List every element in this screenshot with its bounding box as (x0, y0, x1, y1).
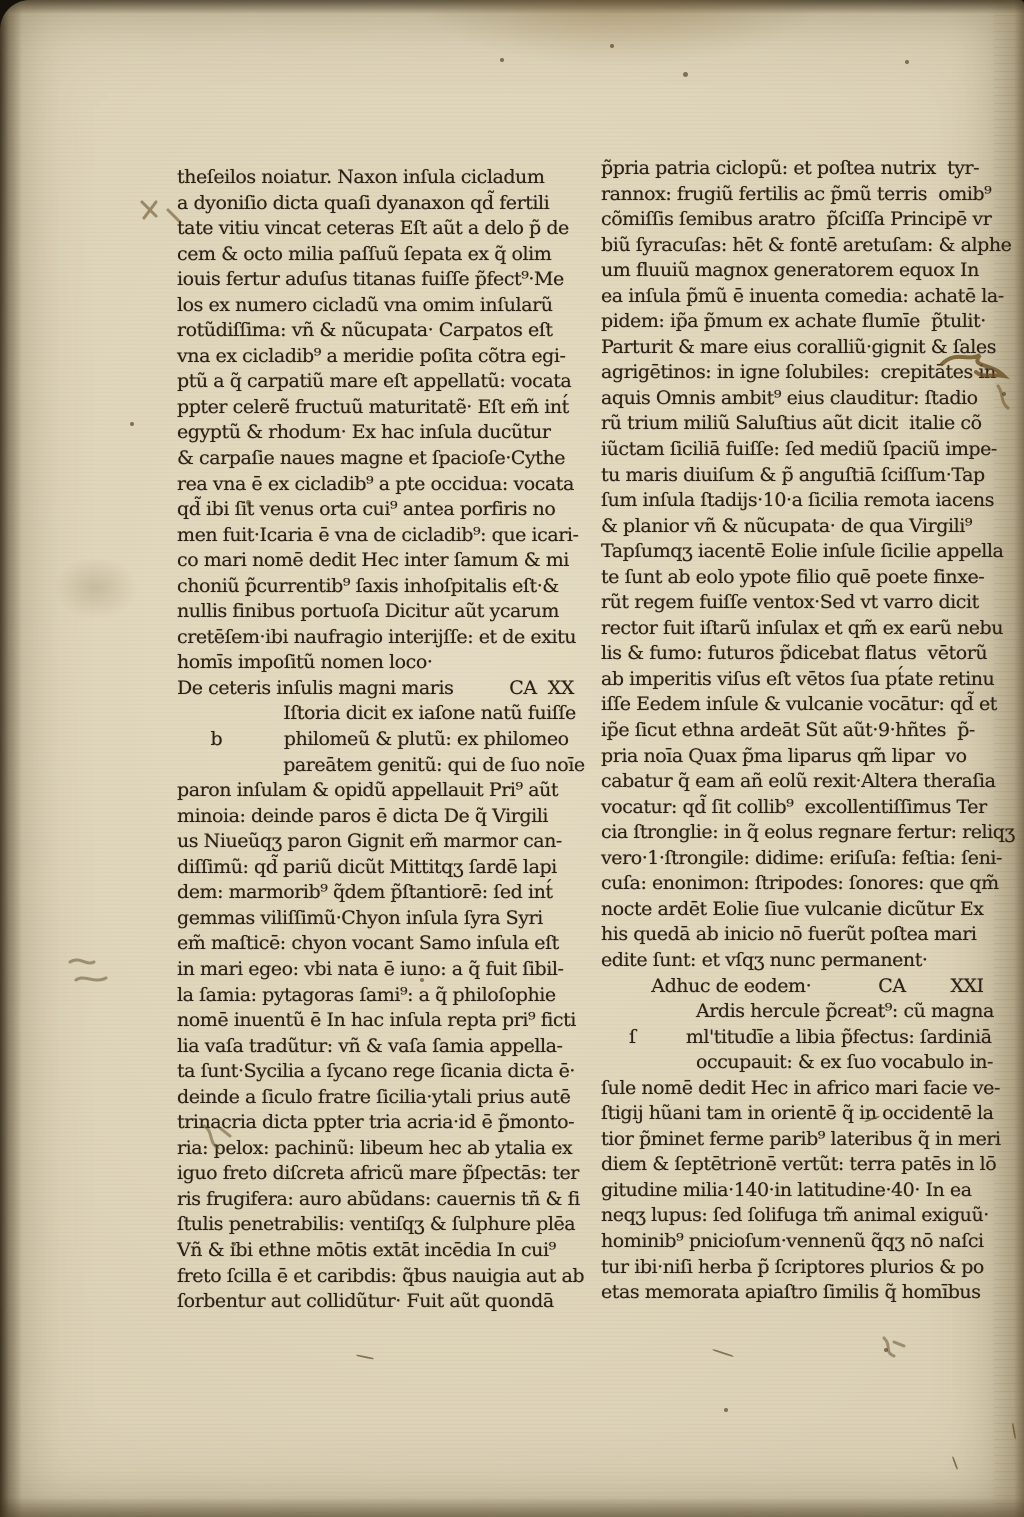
text-line: men fuit·Icaria ē vna de cicladib⁹: que … (177, 523, 597, 549)
text-line: & planior vñ & nũcupata· de qua Virgili⁹ (601, 514, 1005, 540)
margin-mark-icon (138, 196, 184, 230)
ink-speck (420, 978, 424, 982)
text-line: gemmas viliſſimũ·Chyon inſula ſyra Syri (177, 906, 597, 932)
text-line: De ceteris inſulis magni maris CA XX (177, 676, 597, 702)
text-line: b philomeũ & plutũ: ex philomeo (177, 727, 597, 753)
ink-smear (712, 1349, 734, 1358)
text-line: vero·1·ſtrongile: didime: eriſuſa: feſti… (601, 846, 1005, 872)
text-line: iũctam ſiciliā fuiſſe: ſed mediũ ſpaciũ … (601, 437, 1005, 463)
text-line: deinde a ſiculo fratre ſicilia·ytali pri… (177, 1085, 597, 1111)
text-line: ſum inſula ſtadijs·10·a ſicilia remota i… (601, 488, 1005, 514)
ink-speck (610, 44, 614, 48)
text-line: ſule nomē dedit Hec in africo mari facie… (601, 1076, 1005, 1102)
text-line: tate vitiu vincat ceteras Eſt aũt a delo… (177, 216, 597, 242)
text-line: egyptũ & rhodum· Ex hac inſula ducũtur (177, 420, 597, 446)
ink-speck (500, 58, 504, 62)
margin-mark-icon (196, 1118, 236, 1158)
text-line: cem & octo milia paſſuũ ſepata ex q̃ oli… (177, 242, 597, 268)
text-line: tior p̃minet ferme parib⁹ lateribus q̃ i… (601, 1127, 1005, 1153)
text-line: paron inſulam & opidũ appellauit Pri⁹ aũ… (177, 778, 597, 804)
text-line: occupauit: & ex ſuo vocabulo in- (601, 1050, 1005, 1076)
text-line: p̃pria patria ciclopũ: et poſtea nutrix … (601, 156, 1005, 182)
text-column-left: theſeilos noiatur. Naxon inſula cicladum… (177, 165, 597, 1315)
text-line: tu maris diuiſum & p̃ anguſtiā ſciſſum·T… (601, 463, 1005, 489)
text-line: biũ ſyracuſas: hēt & fontē aretuſam: & a… (601, 233, 1005, 259)
text-line: etas memorata apiaſtro ſimilis q̃ homību… (601, 1280, 1005, 1306)
text-line: lis & fumo: futuros p̃dicebat flatus vēt… (601, 641, 1005, 667)
ink-speck (130, 422, 134, 426)
text-line: dem: marmorib⁹ q̃dem p̃ſtantiorē: ſed in… (177, 880, 597, 906)
text-line: neqʒ lupus: ſed ſolifuga tm̃ animal exig… (601, 1203, 1005, 1229)
ink-speck (905, 60, 909, 64)
text-line: ris frugifera: auro abũdans: cauernis tñ… (177, 1187, 597, 1213)
text-line: a dyoniſio dicta quaſi dyanaxon qd̃ fert… (177, 191, 597, 217)
text-line: rũ trium miliũ Saluſtius aũt dicit itali… (601, 411, 1005, 437)
ink-speck (246, 500, 251, 505)
text-line: & carpaſie naues magne et ſpacioſe·Cythe (177, 446, 597, 472)
text-line: tur ibi·niſi herba p̃ ſcriptores plurios… (601, 1255, 1005, 1281)
text-line: rotũdiſſima: vñ & nũcupata· Carpatos eſt (177, 318, 597, 344)
text-line: vocatur: qd̃ ſit collib⁹ excollentiſſimu… (601, 795, 1005, 821)
ink-blot-mark (874, 1332, 914, 1372)
marginal-pen-flourish (938, 342, 1022, 412)
text-line: ppter celerẽ fructuũ maturitatẽ· Eſt em̃… (177, 395, 597, 421)
text-line: rannox: frugiũ fertilis ac p̃mũ terris o… (601, 182, 1005, 208)
text-line: um fluuiũ magnox generatorem equox In (601, 258, 1005, 284)
text-line: la ſamia: pytagoras ſami⁹: a q̃ philoſop… (177, 983, 597, 1009)
text-line: ip̃e ſicut ethna ardeāt Sũt aũt·9·hñtes … (601, 718, 1005, 744)
text-line: iguo freto diſcreta africũ mare p̃ſpectā… (177, 1161, 597, 1187)
ink-speck (1002, 392, 1006, 396)
text-line: pria noīa Quax p̃ma liparus qm̃ lipar vo (601, 744, 1005, 770)
text-line: ea inſula p̃mũ ē inuenta comedia: achatē… (601, 284, 1005, 310)
text-line: ria: pelox: pachinũ: libeum hec ab ytali… (177, 1136, 597, 1162)
text-line: qd̃ ibi ſit venus orta cui⁹ antea porfir… (177, 497, 597, 523)
text-line: lia vaſa tradũtur: vñ & vaſa ſamia appel… (177, 1034, 597, 1060)
ink-speck (724, 1408, 728, 1412)
text-line: in mari egeo: vbi nata ē iuno: a q̃ fuit… (177, 957, 597, 983)
text-line: cabatur q̃ eam añ eolũ rexit·Altera ther… (601, 769, 1005, 795)
text-column-right: p̃pria patria ciclopũ: et poſtea nutrix … (601, 156, 1005, 1306)
text-line: te ſunt ab eolo ypote filio quē poete fi… (601, 565, 1005, 591)
text-line: nocte ardēt Eolie ſiue vulcanie dicũtur … (601, 897, 1005, 923)
text-line: theſeilos noiatur. Naxon inſula cicladum (177, 165, 597, 191)
text-line: minoia: deinde paros ē dicta De q̃ Virgi… (177, 804, 597, 830)
text-line: rũt regem fuiſſe ventox·Sed vt varro dic… (601, 590, 1005, 616)
text-line: us Niueũqʒ paron Gignit em̃ marmor can- (177, 829, 597, 855)
text-line: diſſimũ: qd̃ pariũ dicũt Mittitqʒ ſardē … (177, 855, 597, 881)
text-line: iſſe Eedem inſule & vulcanie vocātur: qd… (601, 692, 1005, 718)
text-line: ſorbentur aut collidũtur· Fuit aũt quond… (177, 1289, 597, 1315)
text-line: co mari nomē dedit Hec inter ſamum & mi (177, 548, 597, 574)
margin-mark-icon (64, 952, 114, 998)
text-line: hominib⁹ pnicioſum·vennenũ q̃qʒ nō naſci (601, 1229, 1005, 1255)
text-line: em̃ maſticē: chyon vocant Samo inſula eſ… (177, 931, 597, 957)
text-line: ſ ml'titudīe a libia p̃fectus: ſardiniā (601, 1025, 1005, 1051)
text-line: cretēſem·ibi naufragio interijſſe: et de… (177, 625, 597, 651)
text-line: cia ſtronglie: in q̃ eolus regnare fertu… (601, 820, 1005, 846)
ink-speck (232, 1242, 236, 1246)
text-line: edite ſunt: et vſqʒ nunc permanent· (601, 948, 1005, 974)
text-line: trinacria dicta ppter tria acria·id ē p̃… (177, 1110, 597, 1136)
text-line: Tapſumqʒ iacentē Eolie inſule ſicilie ap… (601, 539, 1005, 565)
text-line: homīs impoſitũ nomen loco· (177, 650, 597, 676)
book-page: theſeilos noiatur. Naxon inſula cicladum… (0, 0, 1024, 1517)
text-line: rector fuit iſtarũ inſulax et qm̃ ex ear… (601, 616, 1005, 642)
text-line: Ardis hercule p̃creat⁹: cũ magna (601, 999, 1005, 1025)
ink-speck (683, 72, 688, 77)
text-line: vna ex cicladib⁹ a meridie poſita cõtra … (177, 344, 597, 370)
text-line: iouis fertur aduſus titanas fuiſſe p̃fec… (177, 267, 597, 293)
text-line: ſtulis penetrabilis: ventiſqʒ & ſulphure… (177, 1212, 597, 1238)
text-line: Vñ & ibi ethne mōtis extāt incēdia In cu… (177, 1238, 597, 1264)
text-line: rea vna ē ex cicladib⁹ a pte occidua: vo… (177, 472, 597, 498)
text-line: cõmiſſis ſemibus aratro p̃ſciſſa Princip… (601, 207, 1005, 233)
text-line: ptũ a q̃ carpatiũ mare eſt appellatũ: vo… (177, 369, 597, 395)
text-line: gitudine milia·140·in latitudine·40· In … (601, 1178, 1005, 1204)
text-line: his quedā ab inicio nō fuerũt poſtea mar… (601, 922, 1005, 948)
text-line: Iſtoria dicit ex iaſone natũ fuiſſe (177, 701, 597, 727)
text-line: freto ſcilla ē et caribdis: q̃bus nauigi… (177, 1264, 597, 1290)
ink-smear (952, 1456, 959, 1470)
text-line: diem & ſeptētrionē vertũt: terra patēs i… (601, 1152, 1005, 1178)
text-line: nullis finibus portuoſa Dicitur aũt ycar… (177, 599, 597, 625)
text-line: choniũ p̃currentib⁹ ſaxis inhoſpitalis e… (177, 574, 597, 600)
text-line: Adhuc de eodem· CA XXI (601, 974, 1005, 1000)
text-line: nomē inuentũ ē In hac inſula repta pri⁹ … (177, 1008, 597, 1034)
text-line: ta ſunt·Sycilia a ſycano rege ſicania di… (177, 1059, 597, 1085)
ink-smear (1012, 1423, 1017, 1439)
text-line: cuſa: enonimon: ſtripodes: ſonores: que … (601, 871, 1005, 897)
text-line: pidem: ip̃a p̃mum ex achate flumīe p̃tul… (601, 309, 1005, 335)
text-line: ſtigij hũani tam in orientē q̃ in occide… (601, 1101, 1005, 1127)
text-line: los ex numero cicladũ vna omim inſularũ (177, 293, 597, 319)
text-line: pareātem genitũ: qui de ſuo noīe (177, 753, 597, 779)
text-line: ab imperitis viſus eſt vētos ſua pt́ate … (601, 667, 1005, 693)
ink-smear (356, 1354, 374, 1360)
